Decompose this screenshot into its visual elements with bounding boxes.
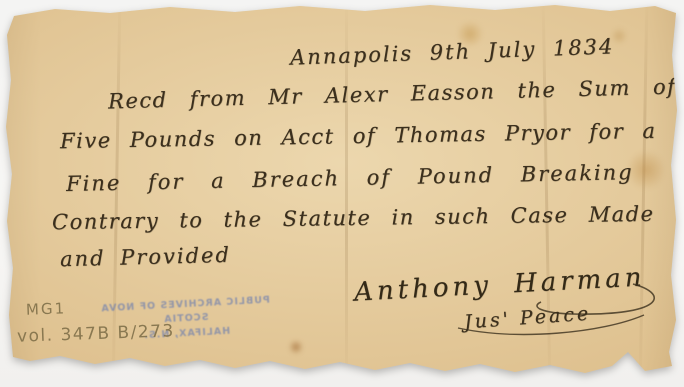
receipt-paper: Annapolis 9th July 1834 Recd from Mr Ale… <box>0 0 684 387</box>
signature-title: Jus' Peace <box>463 303 591 334</box>
catalog-annotation-mg: MG1 <box>26 299 67 318</box>
scanned-document: Annapolis 9th July 1834 Recd from Mr Ale… <box>0 0 684 387</box>
body-line: and Provided <box>60 243 231 271</box>
catalog-annotation-vol: vol. 347B B/273 <box>17 321 175 346</box>
body-line: Fine for a Breach of Pound Breaking <box>66 160 634 196</box>
signature-name: Anthony Harman <box>353 262 646 307</box>
body-line: Recd from Mr Alexr Easson the Sum of <box>108 75 677 114</box>
body-line: Five Pounds on Acct of Thomas Pryor for … <box>60 119 657 153</box>
age-stain <box>288 340 304 354</box>
paper-shadow-wrap: Annapolis 9th July 1834 Recd from Mr Ale… <box>0 0 684 387</box>
body-line: Contrary to the Statute in such Case Mad… <box>52 202 655 234</box>
date-line: Annapolis 9th July 1834 <box>290 34 615 69</box>
fold-crease <box>639 0 649 387</box>
